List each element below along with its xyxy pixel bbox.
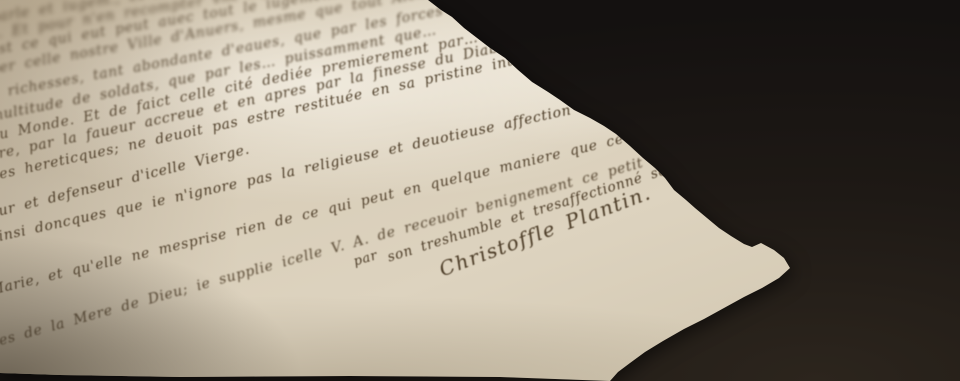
closing-servant-line: son treshumble et tresaffectionné seruit… [386, 147, 720, 266]
paper-sheet: ations que la p… parle et iugem., et la … [0, 0, 960, 381]
paper-sheet-wrapper: ations que la p… parle et iugem., et la … [0, 0, 960, 381]
closing-par-word: par [352, 248, 380, 269]
photo-of-manuscript: ations que la p… parle et iugem., et la … [0, 0, 960, 381]
